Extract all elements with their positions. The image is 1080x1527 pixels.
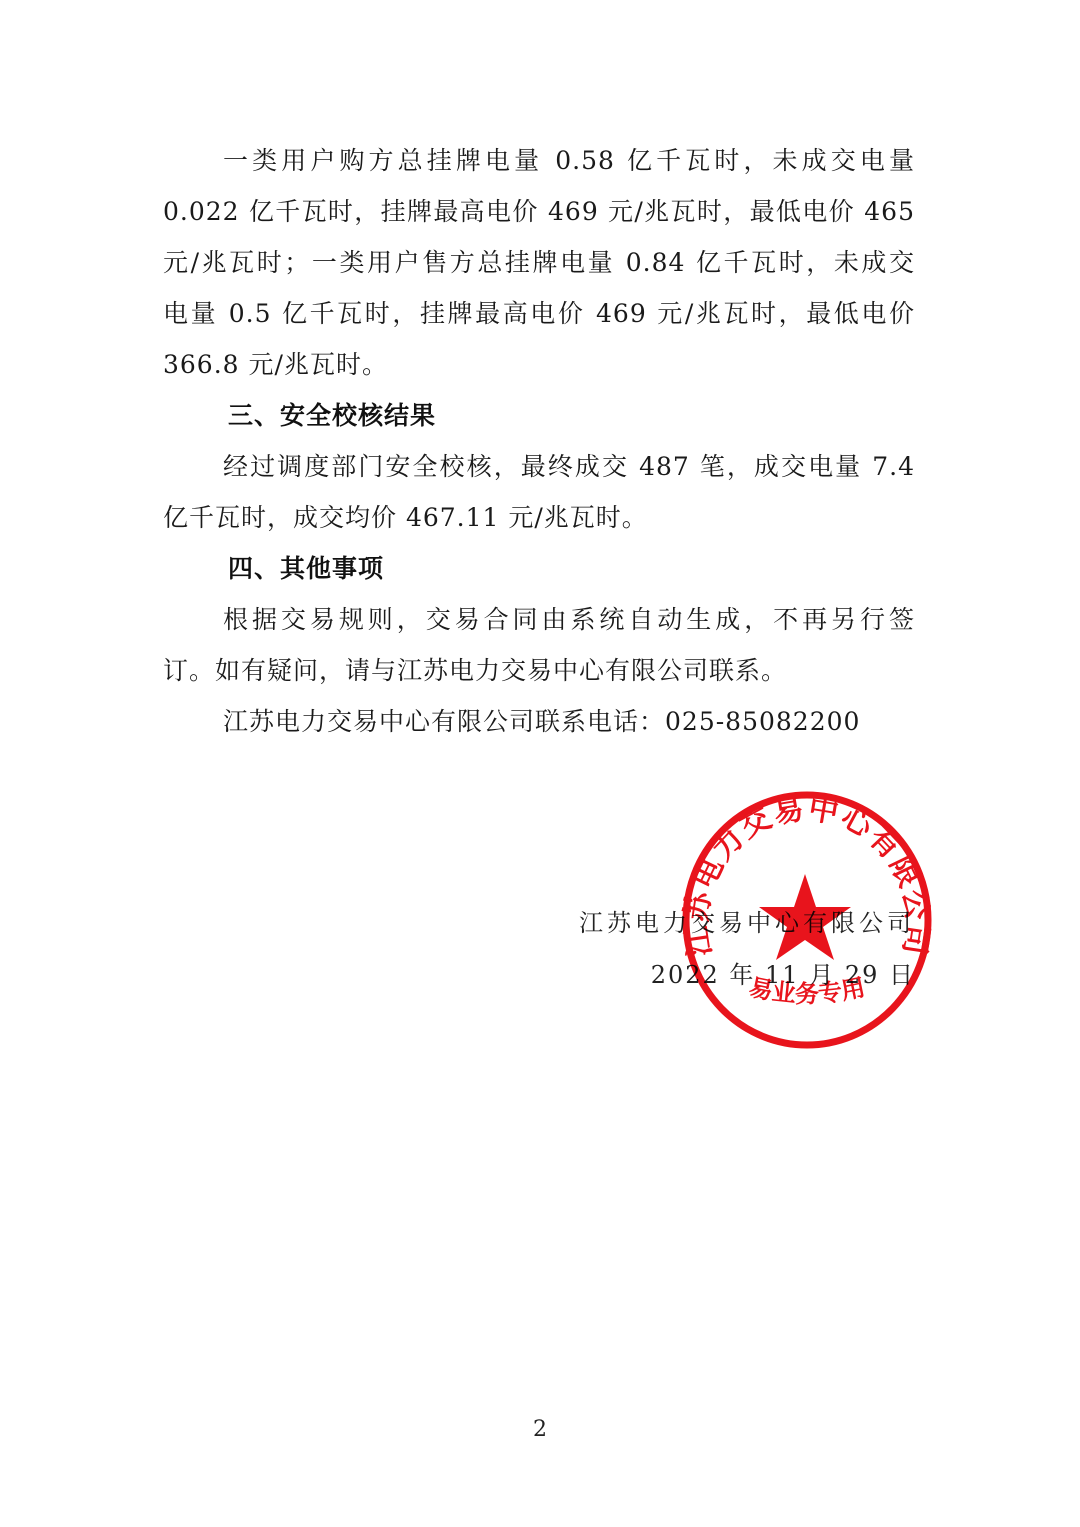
- page-number: 2: [0, 1412, 1080, 1448]
- paragraph-line: 电量 0.5 亿千瓦时，挂牌最高电价 469 元/兆瓦时，最低电价: [163, 294, 915, 334]
- paragraph-line: 根据交易规则，交易合同由系统自动生成，不再另行签: [223, 600, 915, 640]
- paragraph-line: 366.8 元/兆瓦时。: [163, 345, 388, 385]
- paragraph-line: 亿千瓦时，成交均价 467.11 元/兆瓦时。: [163, 498, 648, 538]
- paragraph-line: 0.022 亿千瓦时，挂牌最高电价 469 元/兆瓦时，最低电价 465: [163, 192, 915, 232]
- official-seal: 江苏电力交易中心有限公司 交易业务专用章: [677, 786, 937, 1054]
- paragraph-line: 元/兆瓦时；一类用户售方总挂牌电量 0.84 亿千瓦时，未成交: [163, 243, 915, 283]
- star-icon: [759, 874, 851, 960]
- contact-phone-line: 江苏电力交易中心有限公司联系电话：025-85082200: [223, 702, 860, 742]
- document-page: 一类用户购方总挂牌电量 0.58 亿千瓦时，未成交电量 0.022 亿千瓦时，挂…: [0, 0, 1080, 1527]
- paragraph-line: 经过调度部门安全校核，最终成交 487 笔，成交电量 7.4: [223, 447, 915, 487]
- section-heading-other-matters: 四、其他事项: [228, 549, 384, 589]
- section-heading-safety-check: 三、安全校核结果: [228, 396, 436, 436]
- paragraph-line: 一类用户购方总挂牌电量 0.58 亿千瓦时，未成交电量: [223, 141, 915, 181]
- paragraph-line: 订。如有疑问，请与江苏电力交易中心有限公司联系。: [163, 651, 787, 691]
